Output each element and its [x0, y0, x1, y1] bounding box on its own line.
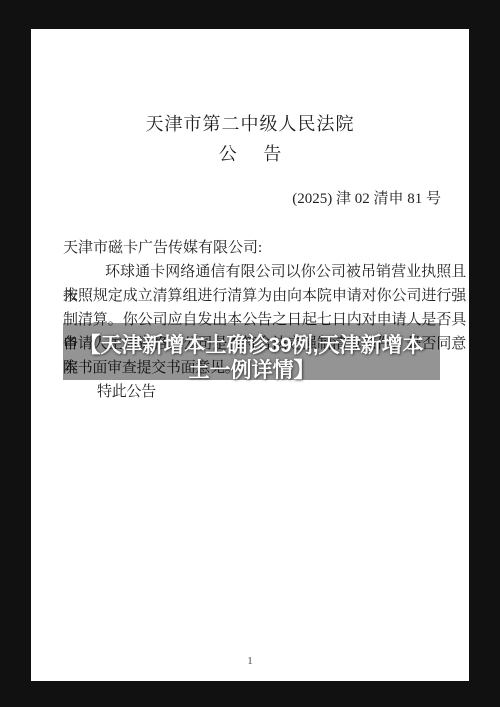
document-page: 天津市第二中级人民法院 公 告 (2025) 津 02 清申 81 号 天津市磁… — [31, 29, 469, 681]
banner-headline-line2: 土一例详情】 — [63, 358, 440, 383]
notice-title: 公 告 — [31, 143, 469, 165]
banner-headline: 【天津新增本土确诊39例,天津新增本 土一例详情】 — [63, 333, 440, 383]
overlay-banner: 【天津新增本土确诊39例,天津新增本 土一例详情】 — [63, 323, 440, 380]
court-name: 天津市第二中级人民法院 — [31, 113, 469, 135]
page-frame: 天津市第二中级人民法院 公 告 (2025) 津 02 清申 81 号 天津市磁… — [0, 0, 500, 707]
case-number: (2025) 津 02 清申 81 号 — [31, 189, 469, 209]
addressee-line: 天津市磁卡广告传媒有限公司: — [63, 236, 466, 260]
banner-headline-line1: 【天津新增本土确诊39例,天津新增本 — [63, 333, 440, 358]
closing-line: 特此公告 — [63, 380, 469, 404]
page-number: 1 — [31, 654, 469, 668]
body-line-2: 按照规定成立清算组进行清算为由向本院申请对你公司进行强 — [63, 284, 466, 308]
